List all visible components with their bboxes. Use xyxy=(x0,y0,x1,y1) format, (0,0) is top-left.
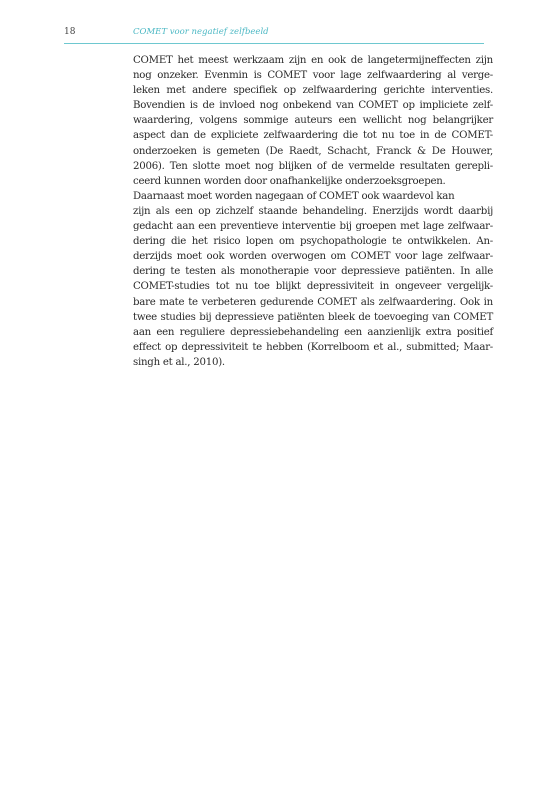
text-line: aan een reguliere depressiebehandeling e… xyxy=(133,325,493,340)
text-line: derzijds moet ook worden overwogen om CO… xyxy=(133,249,493,264)
text-line: leken met andere specifiek op zelfwaarde… xyxy=(133,83,493,98)
text-line: zijn als een op zichzelf staande behande… xyxy=(133,204,493,219)
text-line: singh et al., 2010). xyxy=(133,355,493,370)
running-title: COMET voor negatief zelfbeeld xyxy=(133,27,269,37)
text-line: effect op depressiviteit te hebben (Korr… xyxy=(133,340,493,355)
document-page: 18 COMET voor negatief zelfbeeld COMET h… xyxy=(0,0,550,793)
text-line: waardering, volgens sommige auteurs een … xyxy=(133,113,493,128)
text-line: aspect dan de expliciete zelfwaardering … xyxy=(133,128,493,143)
body-paragraph: COMET het meest werkzaam zijn en ook de … xyxy=(133,53,493,370)
page-number: 18 xyxy=(64,27,75,37)
text-line: dering die het risico lopen om psychopat… xyxy=(133,234,493,249)
text-line: ceerd kunnen worden door onafhankelijke … xyxy=(133,174,493,189)
text-line: gedacht aan een preventieve interventie … xyxy=(133,219,493,234)
text-line: 2006). Ten slotte moet nog blijken of de… xyxy=(133,159,493,174)
text-line: Daarnaast moet worden nagegaan of COMET … xyxy=(133,189,493,204)
text-line: bare mate te verbeteren gedurende COMET … xyxy=(133,295,493,310)
text-line: twee studies bij depressieve patiënten b… xyxy=(133,310,493,325)
text-line: dering te testen als monotherapie voor d… xyxy=(133,264,493,279)
text-line: COMET-studies tot nu toe blijkt depressi… xyxy=(133,279,493,294)
text-line: nog onzeker. Evenmin is COMET voor lage … xyxy=(133,68,493,83)
header-divider xyxy=(64,43,484,44)
text-line: onderzoeken is gemeten (De Raedt, Schach… xyxy=(133,144,493,159)
text-line: Bovendien is de invloed nog onbekend van… xyxy=(133,98,493,113)
text-line: COMET het meest werkzaam zijn en ook de … xyxy=(133,53,493,68)
